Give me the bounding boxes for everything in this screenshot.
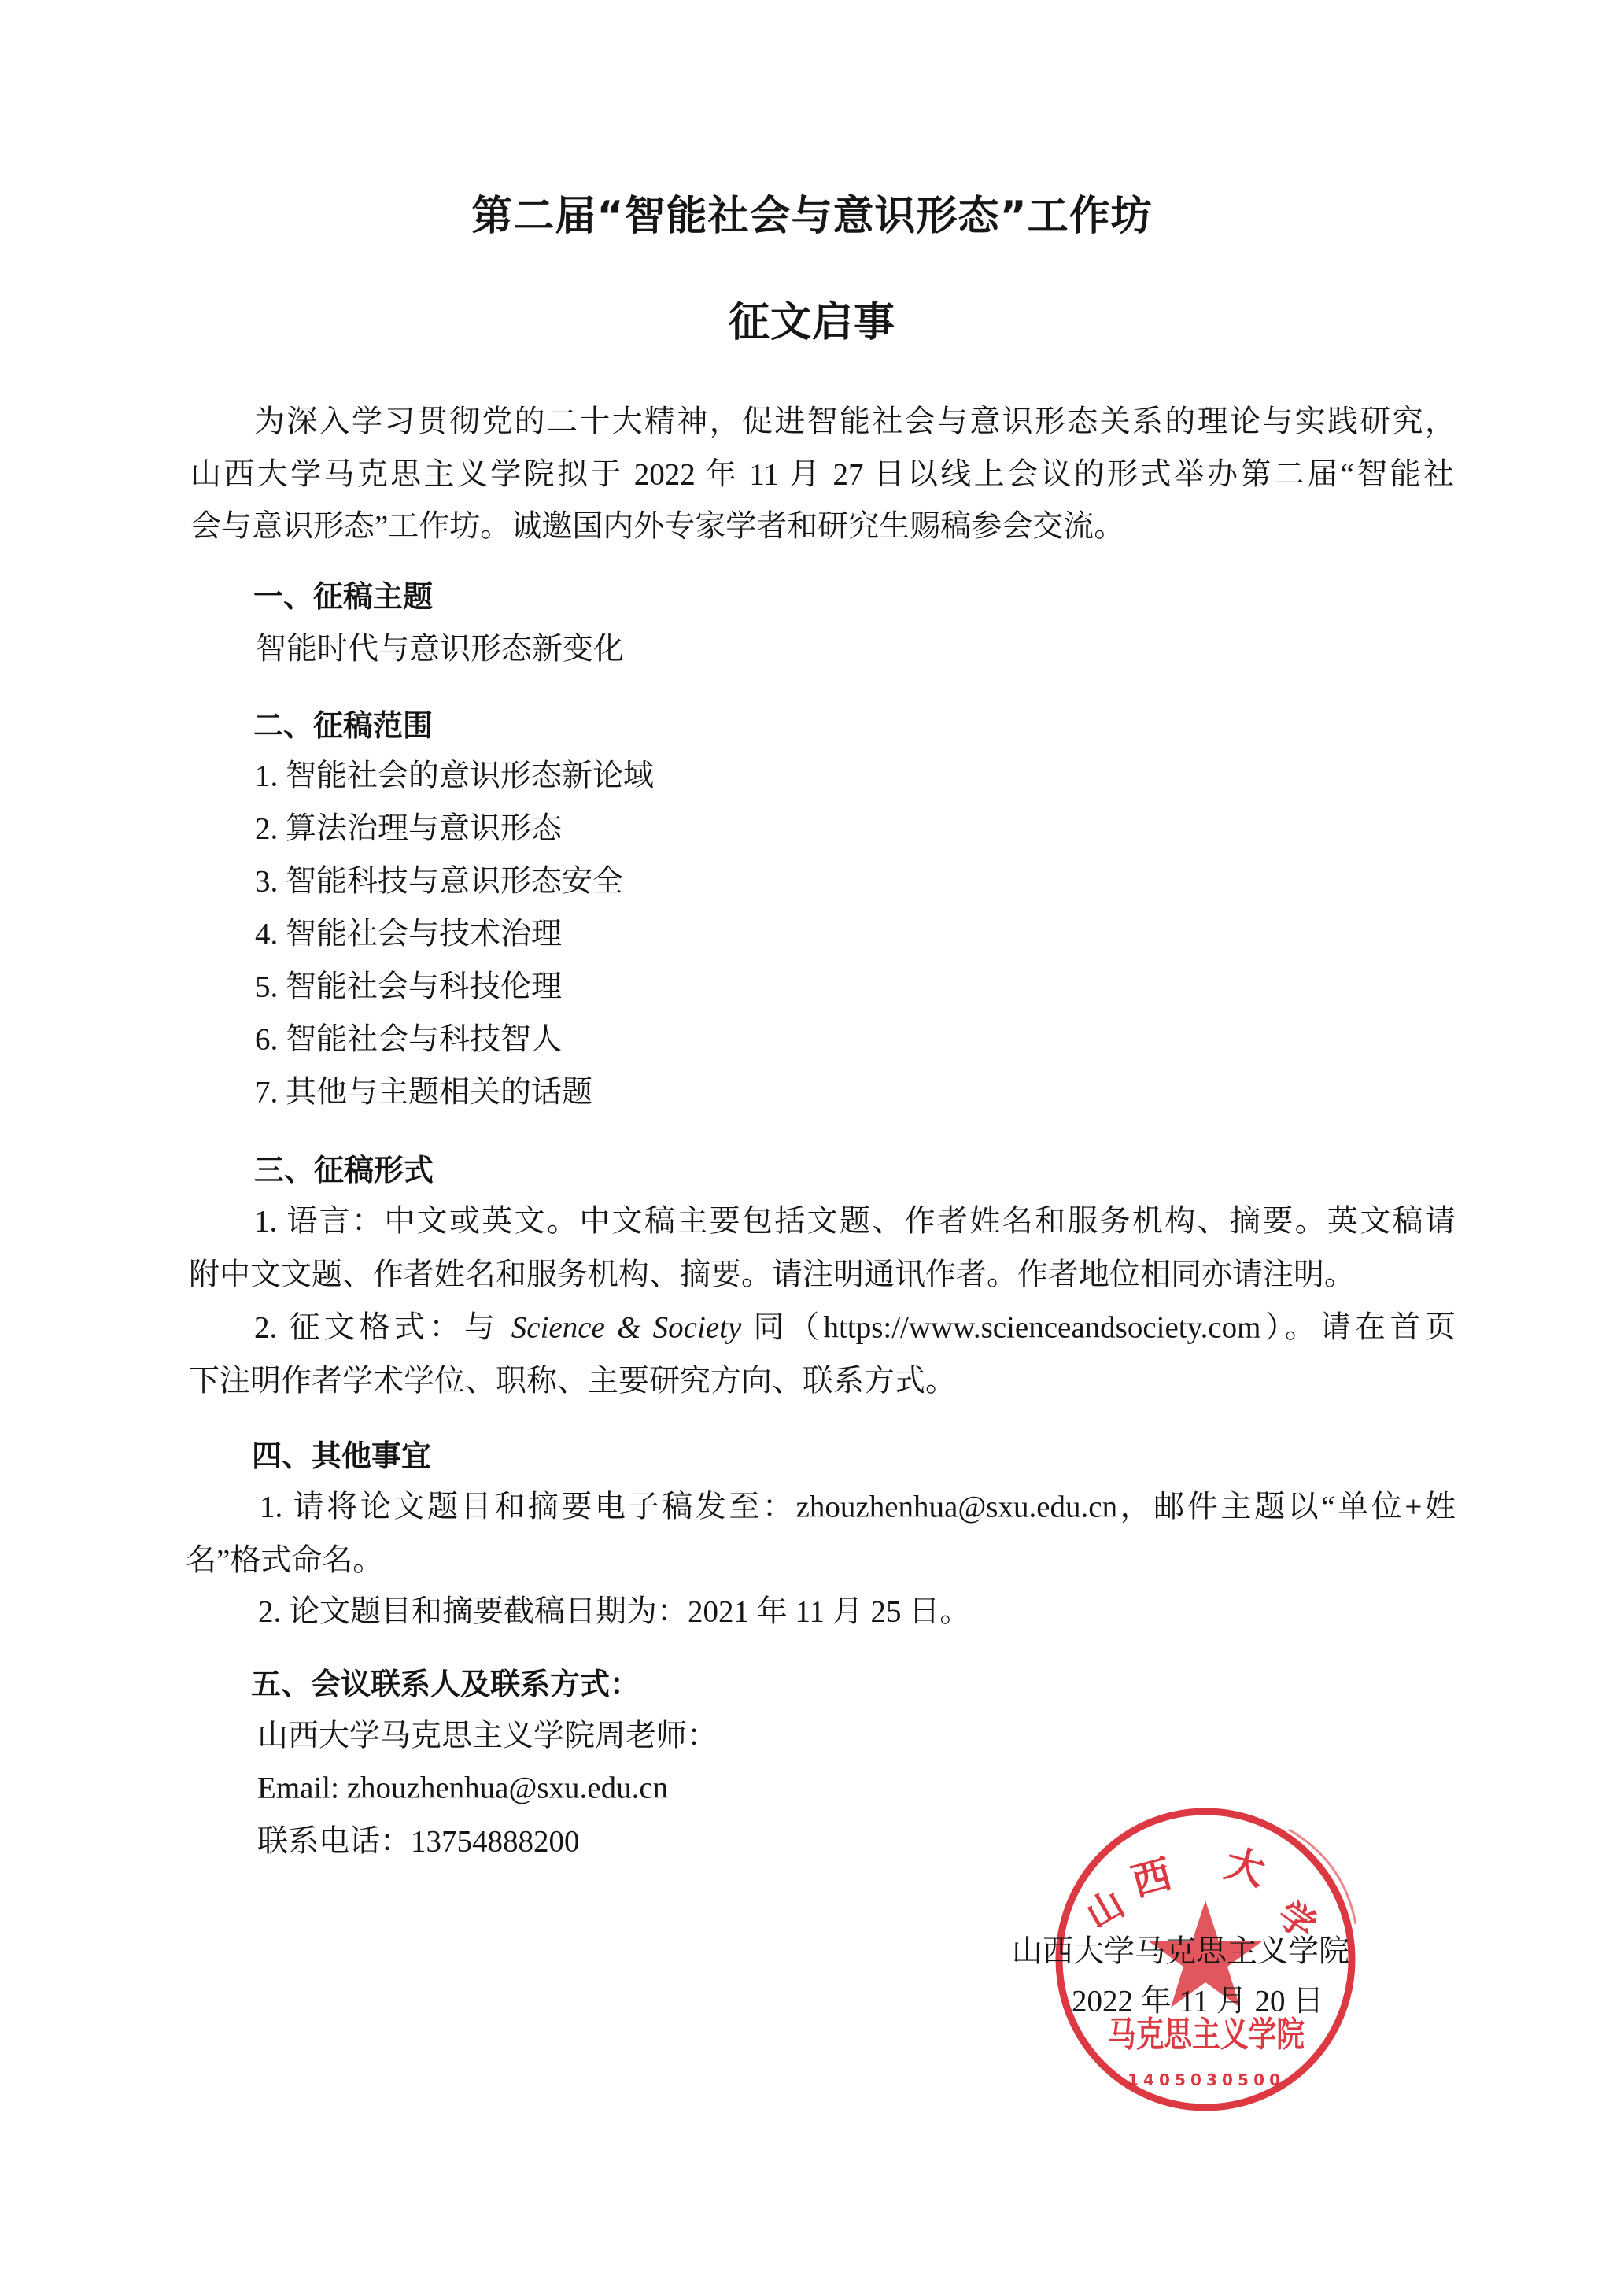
page-title: 第二届“智能社会与意识形态”工作坊 bbox=[0, 196, 1624, 237]
theme-text: 智能时代与意识形态新变化 bbox=[256, 634, 624, 665]
section-heading-contact: 五、会议联系人及联系方式： bbox=[251, 1669, 640, 1699]
list-item: 5. 智能社会与科技伦理 bbox=[255, 972, 562, 1003]
journal-url[interactable]: 同（https://www.scienceandsociety.com）。请在首… bbox=[741, 1311, 1456, 1345]
section-heading-other: 四、其他事宜 bbox=[252, 1441, 431, 1471]
list-item: 4. 智能社会与技术治理 bbox=[255, 919, 562, 950]
svg-text:马克思主义学院: 马克思主义学院 bbox=[1108, 2015, 1305, 2055]
format-item-language: 1. 语言：中文或英文。中文稿主要包括文题、作者姓名和服务机构、摘要。英文稿请 bbox=[254, 1206, 1456, 1237]
signature-date: 2022 年 11 月 20 日 bbox=[1072, 1986, 1323, 2017]
svg-text:1405030500: 1405030500 bbox=[1128, 2070, 1285, 2089]
list-item: 6. 智能社会与科技智人 bbox=[255, 1025, 562, 1055]
intro-line: 为深入学习贯彻党的二十大精神，促进智能社会与意识形态关系的理论与实践研究， bbox=[254, 407, 1456, 438]
contact-email[interactable]: Email: zhouzhenhua@sxu.edu.cn bbox=[257, 1773, 668, 1804]
other-item-deadline: 2. 论文题目和摘要截稿日期为：2021 年 11 月 25 日。 bbox=[258, 1597, 970, 1627]
list-item: 1. 智能社会的意识形态新论域 bbox=[255, 761, 654, 792]
section-heading-scope: 二、征稿范围 bbox=[253, 711, 433, 741]
contact-phone: 联系电话：13754888200 bbox=[257, 1827, 580, 1857]
document-page: 第二届“智能社会与意识形态”工作坊 征文启事 为深入学习贯彻党的二十大精神，促进… bbox=[0, 0, 1624, 2279]
section-heading-theme: 一、征稿主题 bbox=[253, 582, 433, 611]
page-subtitle: 征文启事 bbox=[0, 302, 1624, 343]
other-item-submission-cont: 名”格式命名。 bbox=[186, 1546, 383, 1576]
list-item: 7. 其他与主题相关的话题 bbox=[255, 1077, 592, 1108]
contact-person: 山西大学马克思主义学院周老师： bbox=[257, 1721, 718, 1752]
journal-name: Science & Society bbox=[511, 1311, 742, 1345]
section-heading-format: 三、征稿形式 bbox=[254, 1155, 434, 1185]
svg-text:大: 大 bbox=[1220, 1840, 1270, 1894]
list-item: 2. 算法治理与意识形态 bbox=[255, 814, 562, 844]
list-item: 3. 智能科技与意识形态安全 bbox=[255, 866, 623, 897]
svg-text:山: 山 bbox=[1079, 1882, 1131, 1937]
intro-line: 山西大学马克思主义学院拟于 2022 年 11 月 27 日以线上会议的形式举办… bbox=[190, 460, 1454, 490]
format-item-language-cont: 附中文文题、作者姓名和服务机构、摘要。请注明通讯作者。作者地位相同亦请注明。 bbox=[189, 1260, 1355, 1291]
format-style-prefix: 2. 征文格式：与 bbox=[254, 1311, 511, 1345]
signature-org: 山西大学马克思主义学院 bbox=[1012, 1937, 1349, 1967]
intro-line: 会与意识形态”工作坊。诚邀国内外专家学者和研究生赐稿参会交流。 bbox=[190, 512, 1124, 542]
other-item-submission: 1. 请将论文题目和摘要电子稿发至：zhouzhenhua@sxu.edu.cn… bbox=[260, 1492, 1456, 1523]
format-item-style-cont: 下注明作者学术学位、职称、主要研究方向、联系方式。 bbox=[189, 1366, 956, 1397]
format-item-style: 2. 征文格式：与 Science & Society 同（https://ww… bbox=[254, 1313, 1456, 1343]
svg-text:西: 西 bbox=[1127, 1851, 1176, 1905]
